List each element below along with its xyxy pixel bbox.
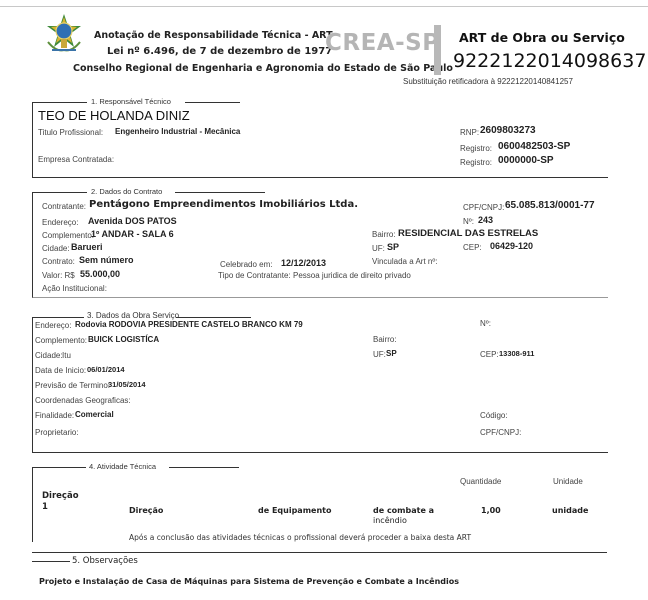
art-type: ART de Obra ou Serviço <box>459 30 625 45</box>
termino-value: 31/05/2014 <box>108 380 146 389</box>
tipo-label: Tipo de Contratante: <box>218 271 291 280</box>
cep-value: 06429-120 <box>490 241 533 251</box>
obra-cep-label: CEP: <box>480 350 499 359</box>
activity-group-number: 1 <box>42 502 48 512</box>
obra-cidade-value: Itu <box>62 351 71 360</box>
activity-unit: unidade <box>552 506 588 515</box>
empresa-label: Empresa Contratada: <box>38 155 114 164</box>
valor-label: Valor: R$ <box>42 271 75 280</box>
col-unidade: Unidade <box>553 477 583 486</box>
titulo-value: Engenheiro Industrial - Mecânica <box>115 127 240 136</box>
contratante-label: Contratante: <box>42 202 86 211</box>
rnp-value: 2609803273 <box>480 125 536 136</box>
cep-label: CEP: <box>463 243 482 252</box>
responsible-name: TEO DE HOLANDA DINIZ <box>38 108 190 123</box>
section5-legend: 5. Observações <box>72 556 138 566</box>
inicio-label: Data de Inicio: <box>35 366 86 375</box>
legend-line <box>32 192 87 193</box>
legend-line <box>32 317 84 318</box>
activity-note: Após a conclusão das atividades técnicas… <box>129 533 471 542</box>
contratante-value: Pentágono Empreendimentos Imobiliários L… <box>89 199 358 210</box>
obra-uf-label: UF: <box>373 350 386 359</box>
endereco-value: Avenida DOS PATOS <box>88 216 177 226</box>
obra-cidade-label: Cidade: <box>35 351 63 360</box>
legend-line <box>169 467 239 468</box>
registro1-value: 0600482503-SP <box>498 141 570 152</box>
inicio-value: 06/01/2014 <box>87 365 125 374</box>
observacoes-text: Projeto e Instalação de Casa de Máquinas… <box>39 577 459 586</box>
section3-legend: 3. Dados da Obra Serviço <box>87 311 179 320</box>
activity-complement-line1: de combate a <box>373 506 434 515</box>
obra-numero-label: Nº: <box>480 319 491 328</box>
legend-line <box>32 102 87 103</box>
legend-line <box>32 467 86 468</box>
activity-name: Direção <box>129 506 163 515</box>
cpf-label: CPF/CNPJ: <box>463 203 504 212</box>
tipo-value: Pessoa juridica de direito privado <box>293 271 411 280</box>
substitution-note: Substituição retificadora à 922212201408… <box>403 77 573 86</box>
obra-bairro-label: Bairro: <box>373 335 397 344</box>
obra-endereco-value: Rodovia RODOVIA PRESIDENTE CASTELO BRANC… <box>75 320 303 329</box>
header-law: Lei nº 6.496, de 7 de dezembro de 1977 <box>107 46 332 57</box>
finalidade-label: Finalidade: <box>35 411 74 420</box>
endereco-label: Endereço: <box>42 218 78 227</box>
activity-quantity: 1,00 <box>481 506 501 515</box>
cidade-label: Cidade: <box>42 244 70 253</box>
section1-legend: 1. Responsável Técnico <box>91 97 171 106</box>
header-title: Anotação de Responsabilidade Técnica - A… <box>94 30 333 41</box>
registro1-label: Registro: <box>460 144 492 153</box>
art-number: 92221220140986371 <box>453 50 648 72</box>
obra-endereco-label: Endereço: <box>35 321 71 330</box>
contrato-value: Sem número <box>79 255 134 265</box>
termino-label: Previsão de Termino: <box>35 381 110 390</box>
activity-complement-line2: incêndio <box>373 516 407 525</box>
complemento-label: Complemento: <box>42 231 94 240</box>
section4-bottom-rule <box>32 552 607 553</box>
obra-cep-value: 13308-911 <box>499 349 534 358</box>
celebrado-value: 12/12/2013 <box>281 258 326 268</box>
bairro-value: RESIDENCIAL DAS ESTRELAS <box>398 228 538 239</box>
vinculada-label: Vinculada a Art nº: <box>372 257 437 266</box>
top-divider <box>0 6 648 7</box>
legend-line <box>175 192 265 193</box>
section4-legend: 4. Atividade Técnica <box>89 462 156 471</box>
registro2-label: Registro: <box>460 158 492 167</box>
activity-object: de Equipamento <box>258 506 331 515</box>
logo-bar <box>434 25 441 75</box>
obra-complemento-value: BUICK LOGISTÍCA <box>88 335 159 344</box>
complemento-value: 1º ANDAR - SALA 6 <box>91 229 174 239</box>
cidade-value: Barueri <box>71 242 103 252</box>
section2-legend: 2. Dados do Contrato <box>91 187 162 196</box>
obra-uf-value: SP <box>386 349 397 358</box>
finalidade-value: Comercial <box>75 410 114 419</box>
crea-sp-logo: CREA-SP <box>325 30 440 56</box>
brazil-coat-of-arms-icon <box>42 12 86 56</box>
coordenadas-label: Coordenadas Geograficas: <box>35 396 131 405</box>
col-quantidade: Quantidade <box>460 477 501 486</box>
obra-complemento-label: Complemento: <box>35 336 87 345</box>
uf-value: SP <box>387 242 399 252</box>
activity-group: Direção <box>42 491 79 501</box>
acao-label: Ação Institucional: <box>42 284 107 293</box>
rnp-label: RNP: <box>460 128 479 137</box>
section-atividade <box>32 467 33 542</box>
header-council: Conselho Regional de Engenharia e Agrono… <box>73 63 453 74</box>
obra-cpf-label: CPF/CNPJ: <box>480 428 521 437</box>
contrato-label: Contrato: <box>42 257 75 266</box>
legend-line <box>32 561 70 562</box>
celebrado-label: Celebrado em: <box>220 260 272 269</box>
numero-value: 243 <box>478 215 493 225</box>
titulo-label: Titulo Profissional: <box>38 128 103 137</box>
legend-line <box>176 317 251 318</box>
bairro-label: Bairro: <box>372 230 396 239</box>
valor-value: 55.000,00 <box>80 269 120 279</box>
proprietario-label: Proprietario: <box>35 428 79 437</box>
registro2-value: 0000000-SP <box>498 155 554 166</box>
legend-line <box>185 102 240 103</box>
numero-label: Nº: <box>463 217 474 226</box>
codigo-label: Código: <box>480 411 508 420</box>
cpf-value: 65.085.813/0001-77 <box>505 200 595 211</box>
uf-label: UF: <box>372 244 385 253</box>
